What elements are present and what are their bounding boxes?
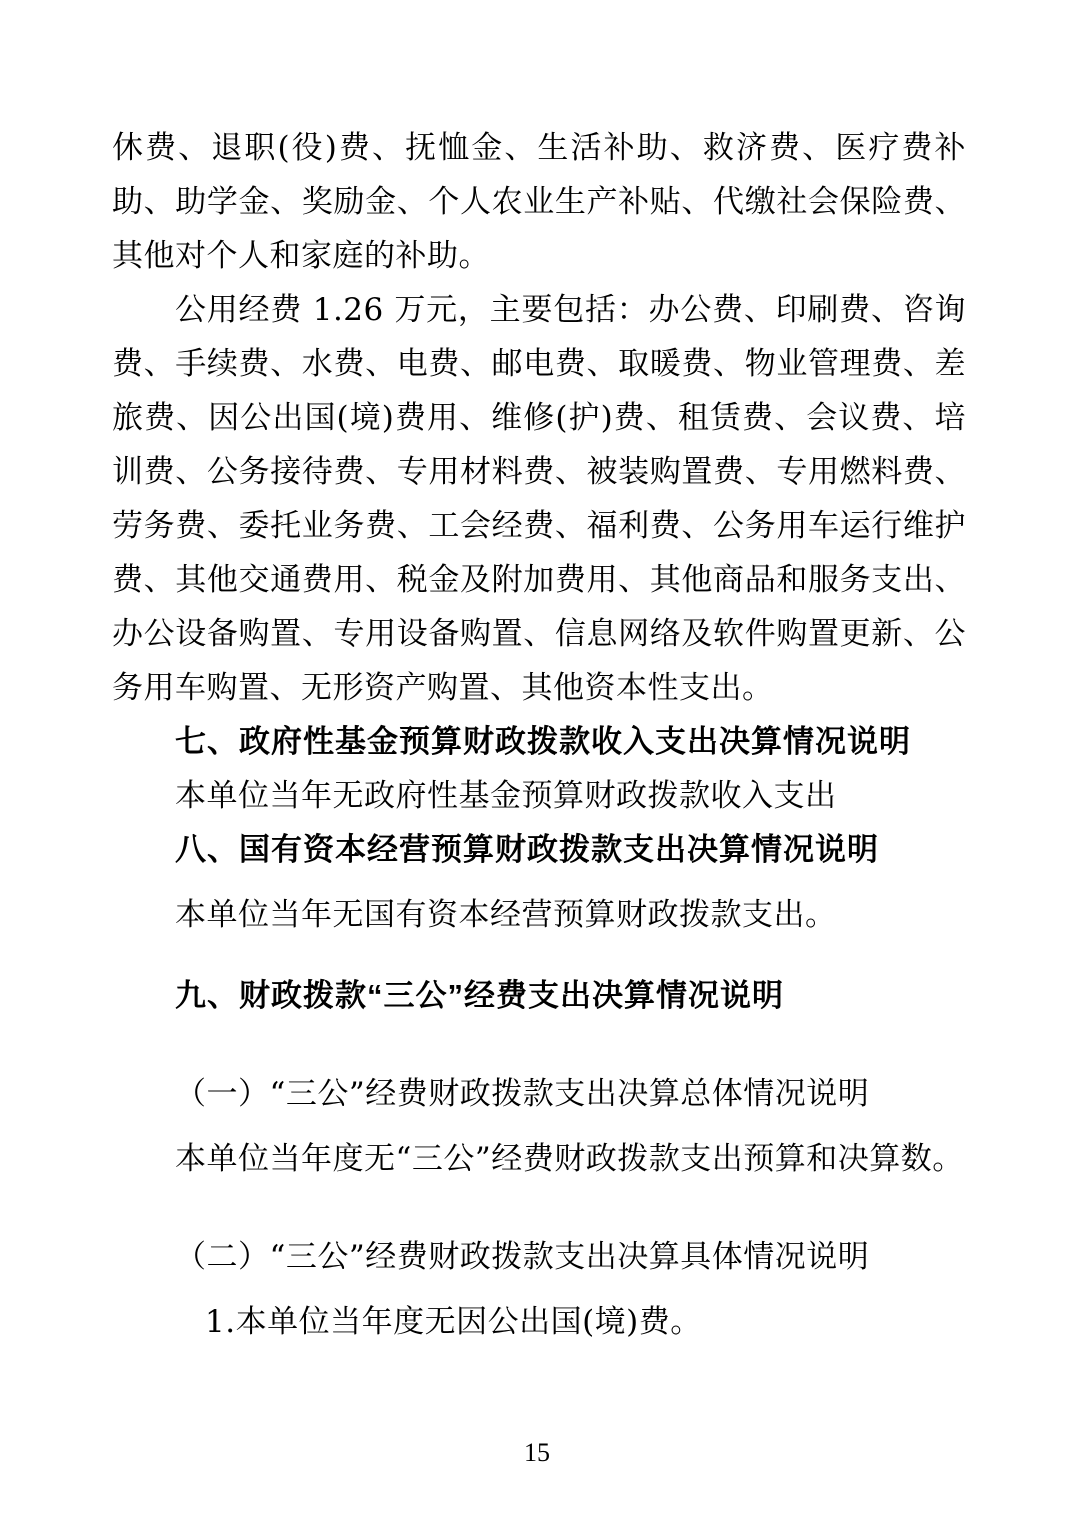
- document-content: 休费、退职(役)费、抚恤金、生活补助、救济费、医疗费补助、助学金、奖励金、个人农…: [112, 121, 966, 1349]
- page-number: 15: [0, 1438, 1074, 1468]
- paragraph-no-three-public-budget: 本单位当年度无“三公”经费财政拨款支出预算和决算数。: [112, 1132, 966, 1186]
- paragraph-no-state-capital-budget: 本单位当年无国有资本经营预算财政拨款支出。: [112, 888, 966, 942]
- paragraph-public-expense-breakdown: 公用经费 1.26 万元，主要包括：办公费、印刷费、咨询费、手续费、水费、电费、…: [112, 283, 966, 715]
- paragraph-no-government-fund-budget: 本单位当年无政府性基金预算财政拨款收入支出: [112, 769, 966, 823]
- heading-section-9-three-public-expenses: 九、财政拨款“三公”经费支出决算情况说明: [112, 969, 966, 1023]
- subheading-three-public-specific-situation: （二）“三公”经费财政拨款支出决算具体情况说明: [112, 1230, 966, 1284]
- heading-section-8-state-capital-budget: 八、国有资本经营预算财政拨款支出决算情况说明: [112, 823, 966, 877]
- subheading-three-public-overall-situation: （一）“三公”经费财政拨款支出决算总体情况说明: [112, 1067, 966, 1121]
- document-page: 休费、退职(役)费、抚恤金、生活补助、救济费、医疗费补助、助学金、奖励金、个人农…: [0, 0, 1074, 1520]
- heading-section-7-government-fund-budget: 七、政府性基金预算财政拨款收入支出决算情况说明: [112, 715, 966, 769]
- paragraph-no-overseas-travel-expense: 1.本单位当年度无因公出国(境)费。: [112, 1295, 966, 1349]
- paragraph-personal-family-subsidies: 休费、退职(役)费、抚恤金、生活补助、救济费、医疗费补助、助学金、奖励金、个人农…: [112, 121, 966, 283]
